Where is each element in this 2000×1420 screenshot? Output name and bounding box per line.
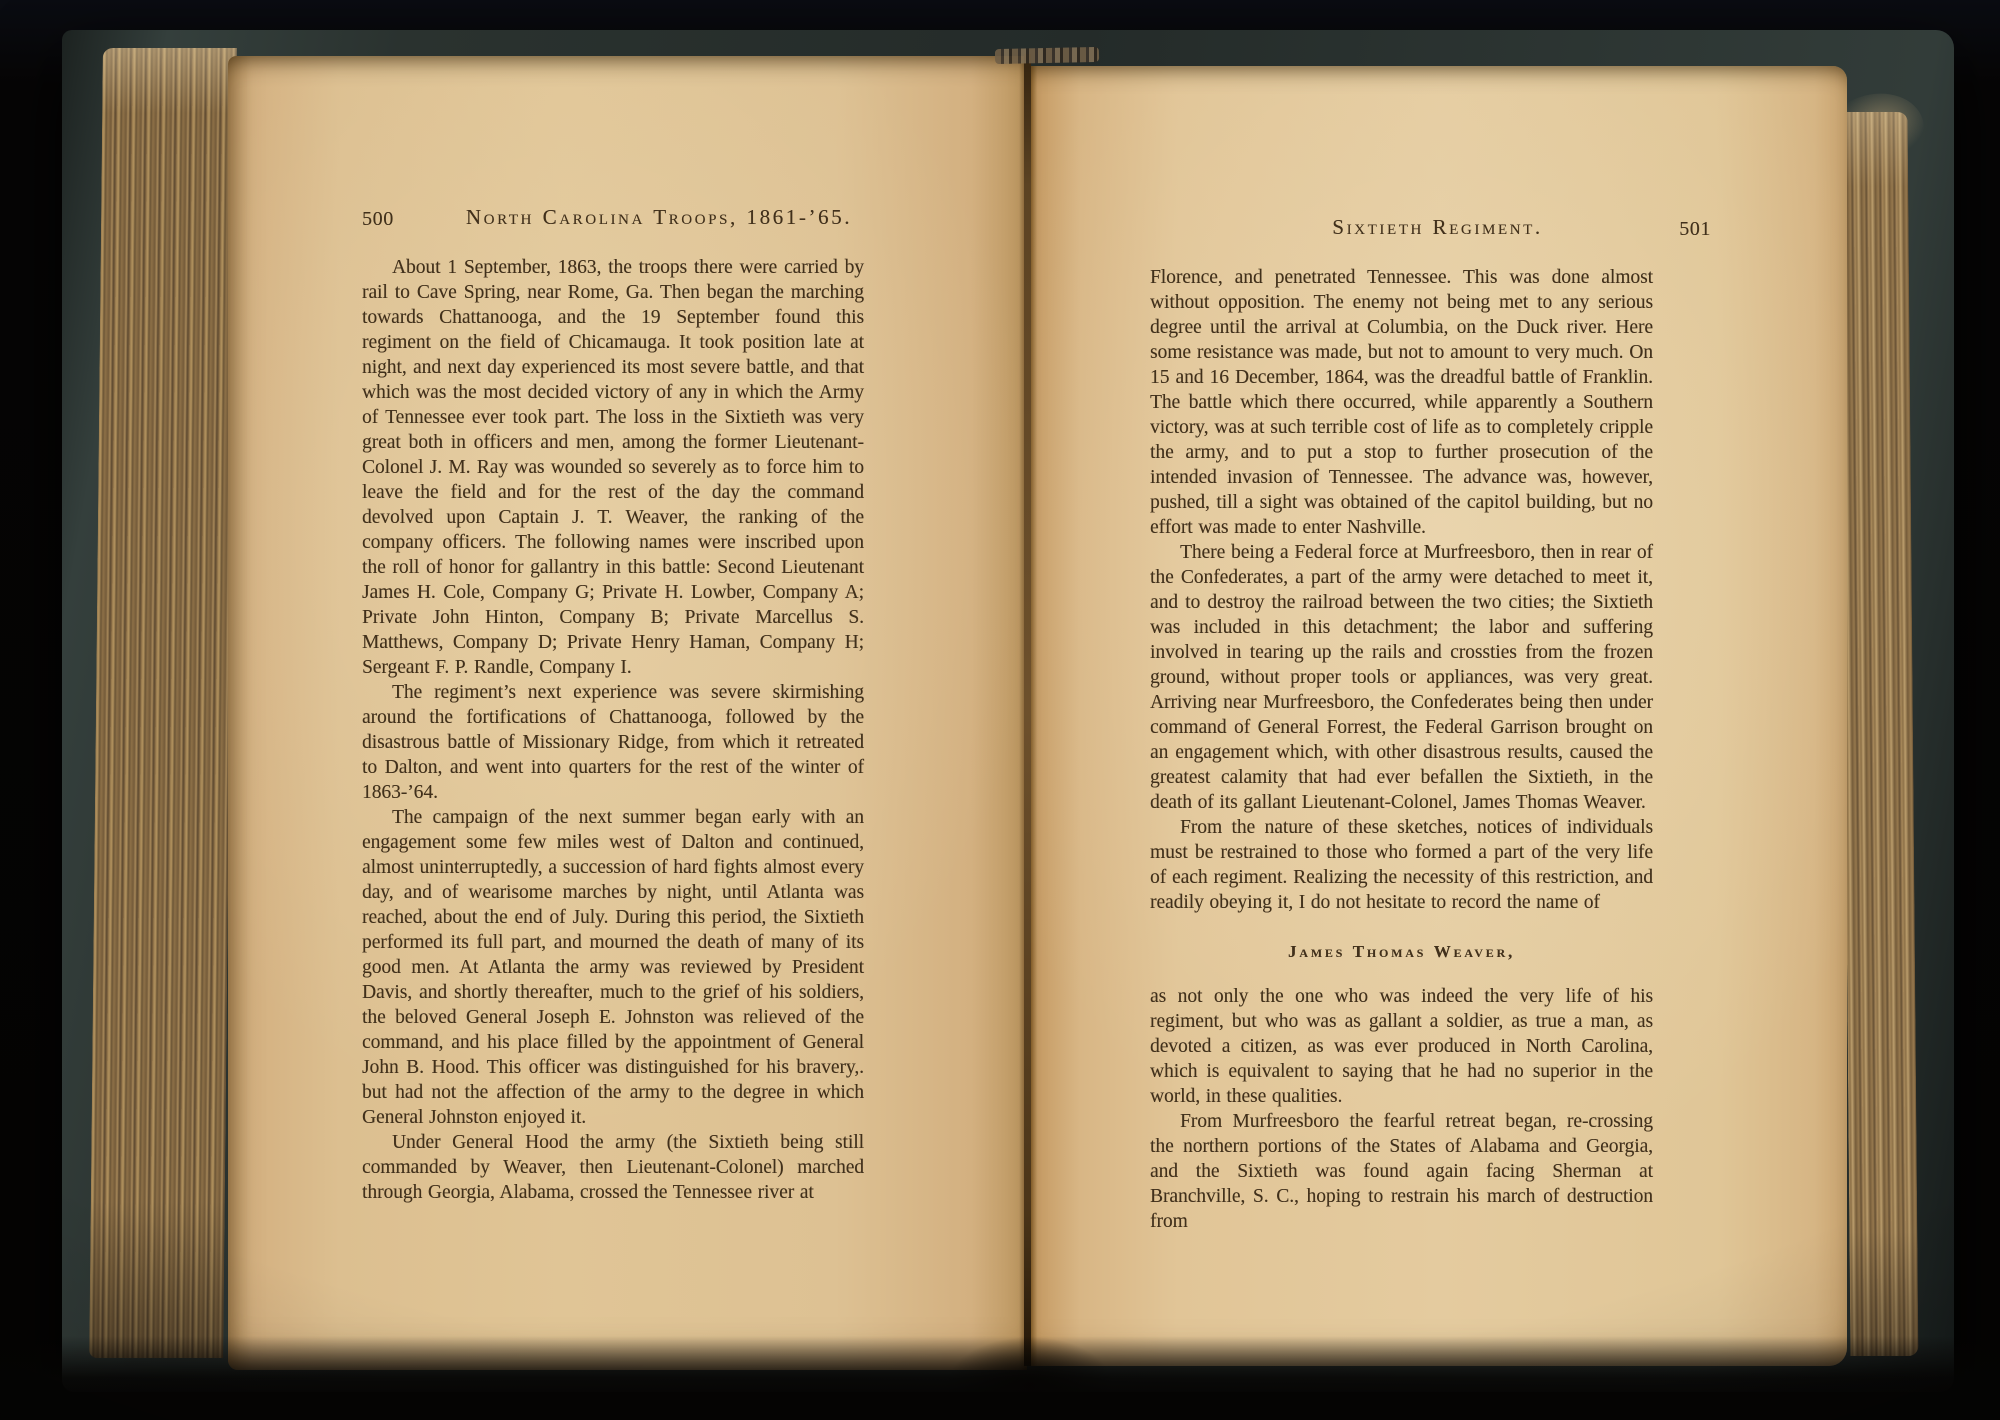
right-running-header-title: Sixtieth Regiment. <box>1332 215 1542 240</box>
paragraph: Florence, and penetrated Tennessee. This… <box>1150 265 1653 540</box>
right-page-edge-stack <box>1840 112 1919 1356</box>
binding-threads <box>995 47 1099 64</box>
left-page-edge-stack <box>89 48 237 1358</box>
right-running-head: Sixtieth Regiment. 501 <box>1150 215 1653 265</box>
left-running-header-title: North Carolina Troops, 1861-’65. <box>466 205 852 230</box>
section-heading: James Thomas Weaver, <box>1150 939 1653 964</box>
bottom-shadow <box>0 1336 2000 1420</box>
left-page-text-column: 500 North Carolina Troops, 1861-’65. Abo… <box>362 205 864 1205</box>
paragraph: From Murfreesboro the fearful retreat be… <box>1150 1109 1653 1234</box>
paragraph: The regiment’s next experience was sever… <box>362 680 864 805</box>
right-page-number: 501 <box>1679 217 1711 242</box>
paragraph: There being a Federal force at Murfreesb… <box>1150 540 1653 815</box>
left-running-head: 500 North Carolina Troops, 1861-’65. <box>362 205 864 255</box>
book-photograph: 500 North Carolina Troops, 1861-’65. Abo… <box>0 0 2000 1420</box>
right-page-body-bottom: as not only the one who was indeed the v… <box>1150 984 1653 1234</box>
book-gutter <box>1024 54 1031 1366</box>
paragraph: From the nature of these sketches, notic… <box>1150 815 1653 915</box>
left-page-number: 500 <box>362 207 394 232</box>
left-page-body: About 1 September, 1863, the troops ther… <box>362 255 864 1205</box>
paragraph: Under General Hood the army (the Sixtiet… <box>362 1130 864 1205</box>
paragraph: as not only the one who was indeed the v… <box>1150 984 1653 1109</box>
paragraph: About 1 September, 1863, the troops ther… <box>362 255 864 680</box>
right-page-body-top: Florence, and penetrated Tennessee. This… <box>1150 265 1653 915</box>
paragraph: The campaign of the next summer began ea… <box>362 805 864 1130</box>
right-page-text-column: Sixtieth Regiment. 501 Florence, and pen… <box>1150 215 1653 1234</box>
